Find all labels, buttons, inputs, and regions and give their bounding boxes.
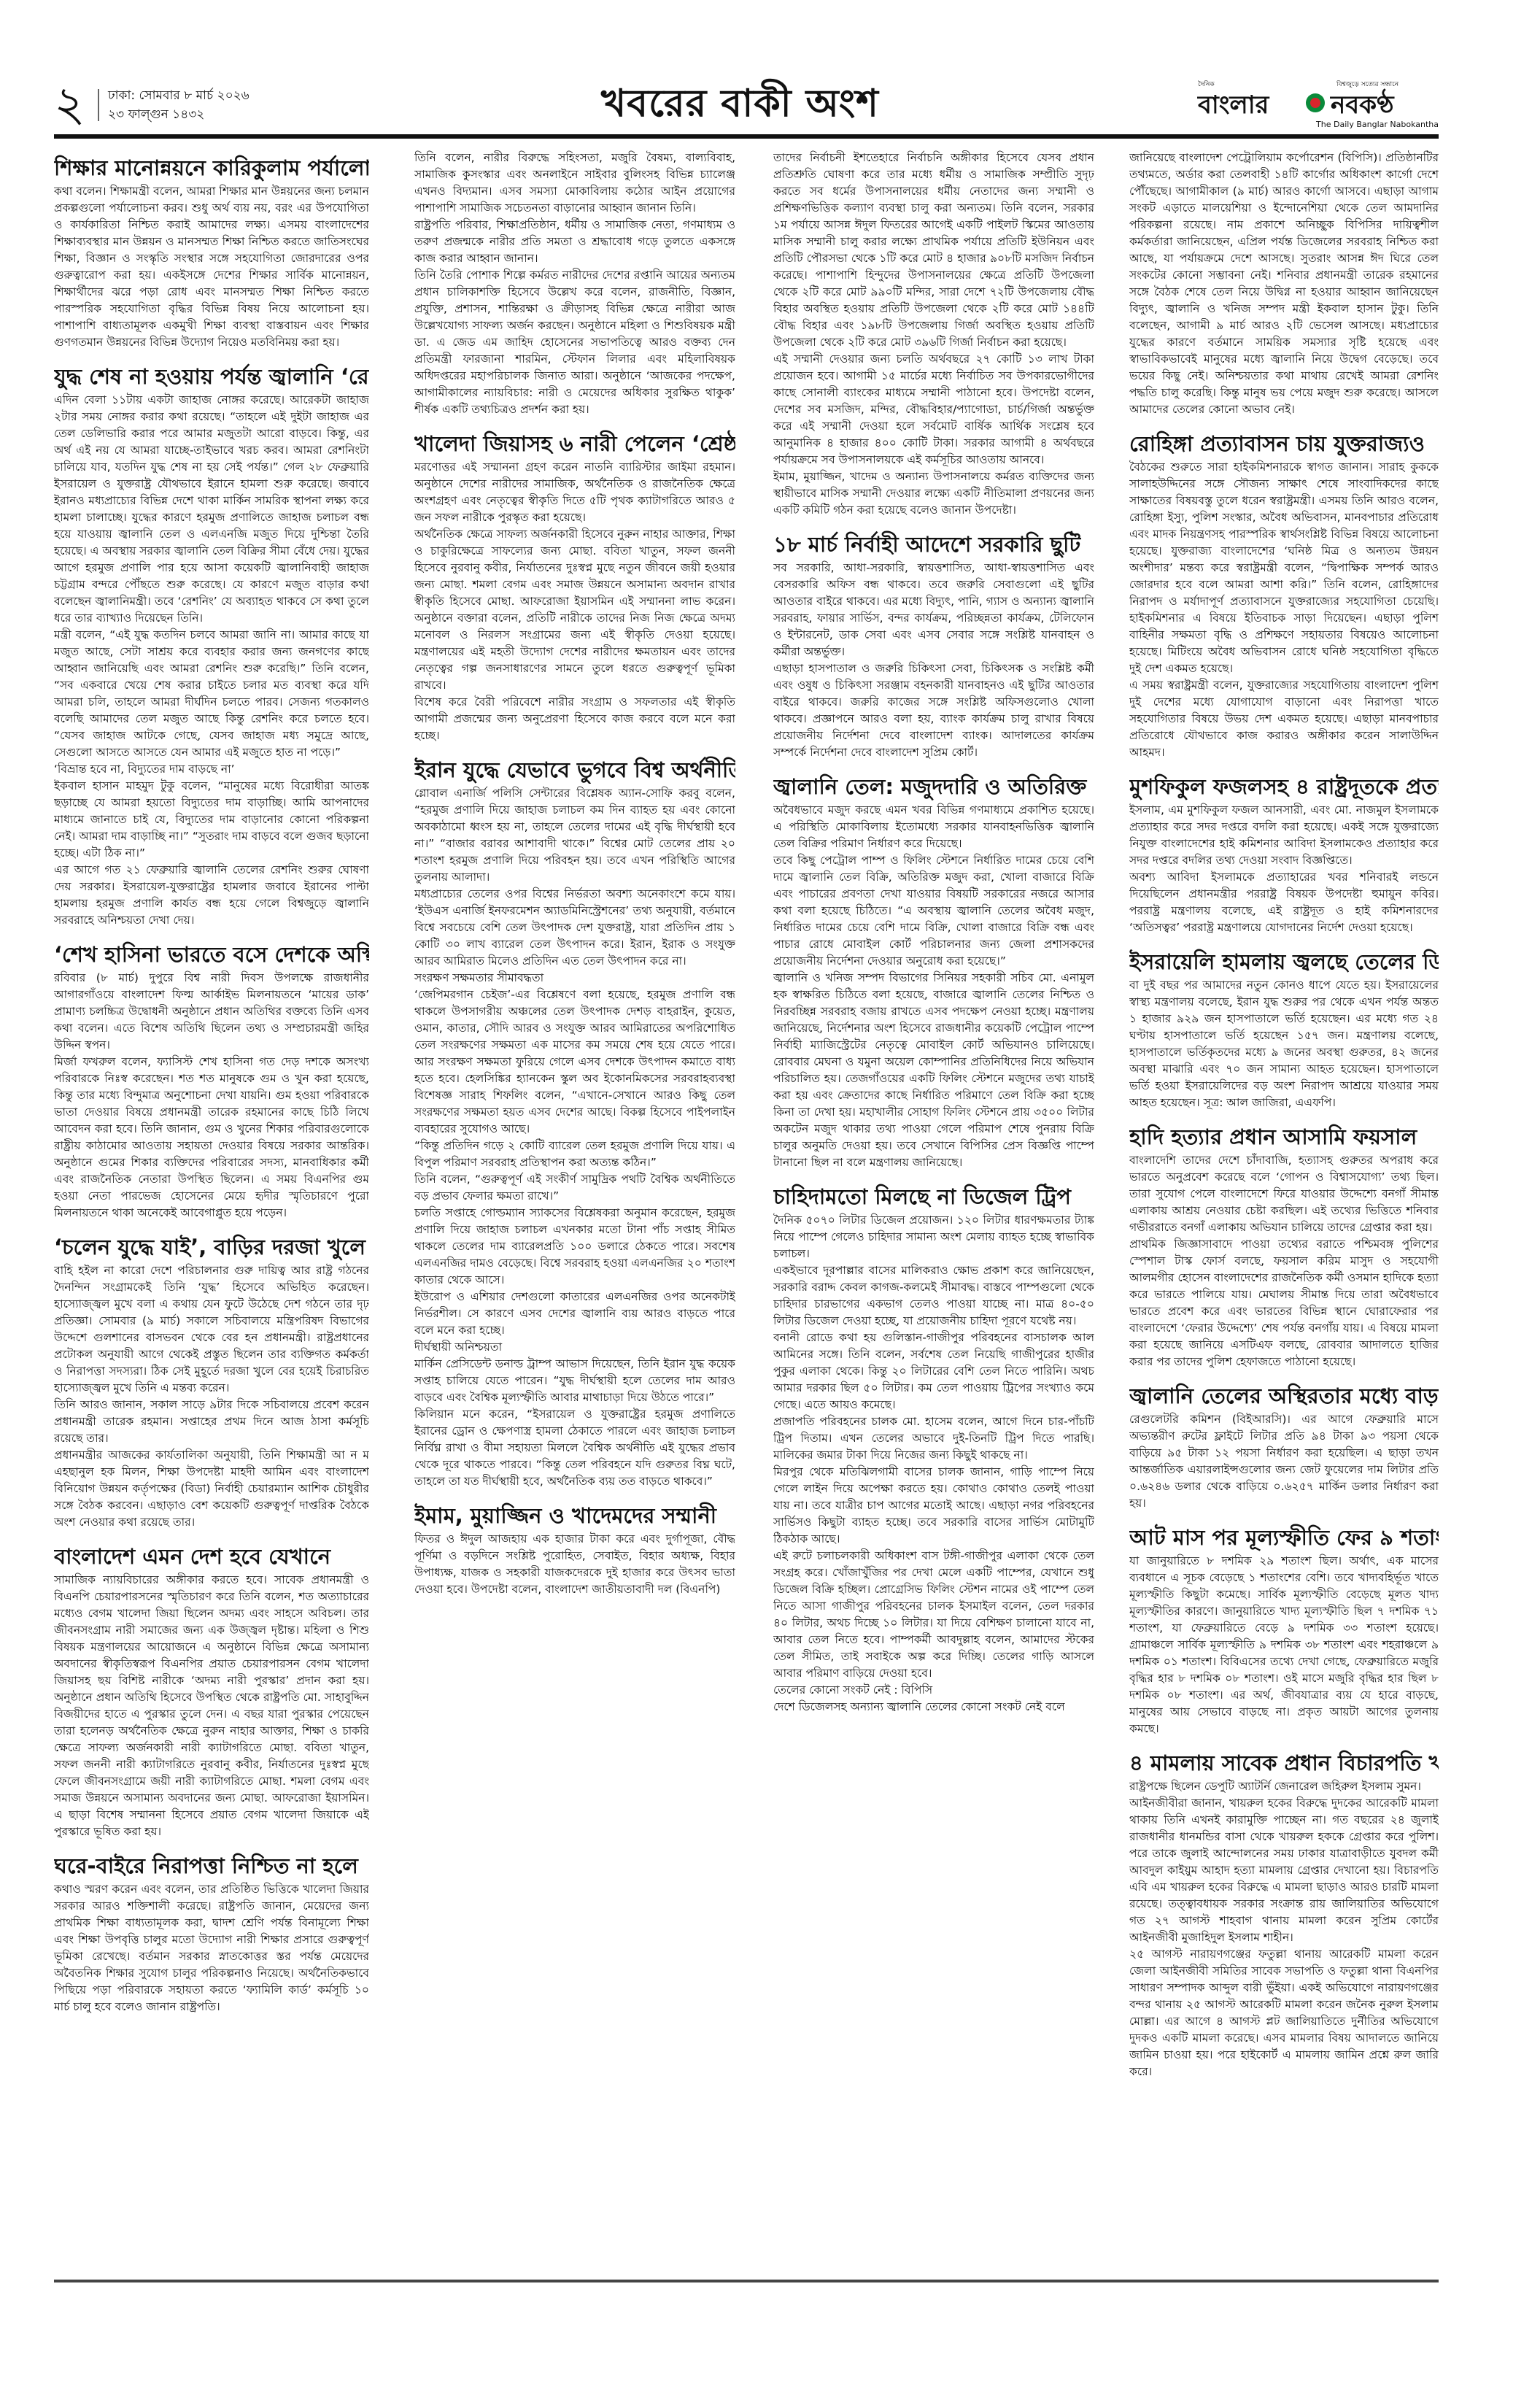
article-paragraph: প্রাথমিক জিজ্ঞাসাবাদে পাওয়া তথ্যের বরাত… (1129, 1236, 1439, 1370)
article-paragraph: দৈনিক ৫০৭০ লিটার ডিজেল প্রয়োজন। ১২০ লিট… (773, 1212, 1094, 1262)
article-paragraph: এ সময় স্বরাষ্ট্রমন্ত্রী বলেন, যুক্তরাজ্… (1129, 677, 1439, 761)
article-paragraph: এদিন বেলা ১১টায় একটা জাহাজ নোঙ্গর করেছে… (54, 392, 369, 627)
article-body: বাহি হইল না কারো দেশে পরিচালনার গুরু দায… (54, 1262, 369, 1531)
article-paragraph: বৈঠকের শুরুতে সারা হাইকমিশনারকে স্বাগত জ… (1129, 459, 1439, 677)
article-headline: খালেদা জিয়াসহ ৬ নারী পেলেন ‘শ্রেষ্ঠ অদম… (414, 430, 735, 458)
article-paragraph: ২৫ আগস্ট নারায়ণগঞ্জের ফতুল্লা থানায় আর… (1129, 1946, 1439, 2080)
header-rule (54, 134, 1439, 139)
article-body: অবৈধভাবে মজুদ করছে এমন খবর বিভিন্ন গণমাধ… (773, 802, 1094, 1171)
article-paragraph: প্রজাপতি পরিবহনের চালক মো. হাসেম বলেন, আ… (773, 1413, 1094, 1464)
column-2: তিনি বলেন, নারীর বিরুদ্ধে সহিংসতা, মজুরি… (414, 150, 735, 2273)
article-headline: ইসরায়েলি হামলায় জ্বলছে তেলের ডিপো (1129, 948, 1439, 976)
article-body: ইসলাম, এম মুশফিকুল ফজল আনসারী, এবং মো. ন… (1129, 802, 1439, 936)
logo-name-left: বাংলার (1198, 86, 1269, 128)
news-article: জ্বালানি তেলের অস্থিরতার মধ্যে বাড়ল জেট… (1129, 1382, 1439, 1512)
news-article: ইরান যুদ্ধে যেভাবে ভুগবে বিশ্ব অর্থনীতিগ… (414, 756, 735, 1490)
article-paragraph: দেশে ডিজেলসহ অন্যান্য জ্বালানি তেলের কোন… (773, 1699, 1094, 1716)
article-paragraph: রাষ্ট্রপক্ষে ছিলেন ডেপুটি অ্যাটর্নি জেনা… (1129, 1778, 1439, 1795)
article-body: তিনি বলেন, নারীর বিরুদ্ধে সহিংসতা, মজুরি… (414, 150, 735, 418)
news-article: চাহিদামতো মিলছে না ডিজেল ট্রিপদৈনিক ৫০৭০… (773, 1183, 1094, 1716)
article-headline: ইমাম, মুয়াজ্জিন ও খাদেমদের সম্মানী (414, 1502, 735, 1529)
article-headline: আট মাস পর মূল্যস্ফীতি ফের ৯ শতাংশের ঘরে (1129, 1524, 1439, 1551)
news-article: যুদ্ধ শেষ না হওয়ায় পর্যন্ত জ্বালানি ‘র… (54, 363, 369, 929)
article-paragraph: সংরক্ষণ সক্ষমতার সীমাবদ্ধতা (414, 970, 735, 987)
news-article: ৪ মামলায় সাবেক প্রধান বিচারপতি খায়রুলর… (1129, 1749, 1439, 2080)
news-article: ইসরায়েলি হামলায় জ্বলছে তেলের ডিপোবা দু… (1129, 948, 1439, 1111)
article-paragraph: বা দুই বছর পর আমাদের নতুন কোনও ধাপে যেতে… (1129, 977, 1439, 1111)
article-paragraph: কিলিয়ান মনে করেন, “ইসরায়েল ও যুক্তরাষ্… (414, 1406, 735, 1490)
section-title: খবরের বাকী অংশ (601, 80, 879, 127)
news-article: তিনি বলেন, নারীর বিরুদ্ধে সহিংসতা, মজুরি… (414, 150, 735, 418)
news-article: মুশফিকুল ফজলসহ ৪ রাষ্ট্রদূতকে প্রত্যাহার… (1129, 773, 1439, 936)
article-headline: ইরান যুদ্ধে যেভাবে ভুগবে বিশ্ব অর্থনীতি (414, 756, 735, 784)
article-headline: ৪ মামলায় সাবেক প্রধান বিচারপতি খায়রুল (1129, 1749, 1439, 1777)
page-number: ২ (54, 80, 85, 128)
article-paragraph: আইনজীবীরা জানান, খায়রুল হকের বিরুদ্ধে দ… (1129, 1795, 1439, 1946)
news-article: আট মাস পর মূল্যস্ফীতি ফের ৯ শতাংশের ঘরেয… (1129, 1524, 1439, 1737)
article-body: দৈনিক ৫০৭০ লিটার ডিজেল প্রয়োজন। ১২০ লিট… (773, 1212, 1094, 1716)
article-body: ফিতর ও ঈদুল আজহায় এক হাজার টাকা করে এবং… (414, 1531, 735, 1598)
logo-english-name: The Daily Banglar Nabokantha (1316, 120, 1439, 129)
article-paragraph: তিনি বলেন, নারীর বিরুদ্ধে সহিংসতা, মজুরি… (414, 150, 735, 217)
article-body: রেগুলেটরি কমিশন (বিইআরসি)। এর আগে ফেব্রু… (1129, 1411, 1439, 1512)
news-article: হাদি হত্যার প্রধান আসামি ফয়সালবাংলাদেশি… (1129, 1123, 1439, 1370)
article-paragraph: অবৈধভাবে মজুদ করছে এমন খবর বিভিন্ন গণমাধ… (773, 802, 1094, 852)
article-paragraph: ইকবাল হাসান মাহমুদ টুকু বলেন, “মানুষের ম… (54, 778, 369, 862)
article-paragraph: মন্ত্রী বলেন, “এই যুদ্ধ কতদিন চলবে আমরা … (54, 627, 369, 761)
article-headline: রোহিঙ্গা প্রত্যাবাসন চায় যুক্তরাজ্যও (1129, 430, 1439, 458)
column-3: তাদের নির্বাচনী ইশতেহারে নির্বাচনি অঙ্গী… (773, 150, 1094, 2273)
news-article: তাদের নির্বাচনী ইশতেহারে নির্বাচনি অঙ্গী… (773, 150, 1094, 519)
article-paragraph: ‘জেপিমরগান চেইজ’-এর বিশ্লেষণে বলা হয়েছে… (414, 987, 735, 1138)
column-1: শিক্ষার মানোন্নয়নে কারিকুলাম পর্যালোচনা… (54, 150, 369, 2273)
article-paragraph: মিরপুর থেকে মতিঝিলগামী বাসের চালক জানান,… (773, 1464, 1094, 1548)
article-body: রাষ্ট্রপক্ষে ছিলেন ডেপুটি অ্যাটর্নি জেনা… (1129, 1778, 1439, 2080)
article-paragraph: তাদের নির্বাচনী ইশতেহারে নির্বাচনি অঙ্গী… (773, 150, 1094, 351)
article-paragraph: তবে কিছু পেট্রোল পাম্প ও ফিলিং স্টেশনে ন… (773, 852, 1094, 970)
article-headline: মুশফিকুল ফজলসহ ৪ রাষ্ট্রদূতকে প্রত্যাহার (1129, 773, 1439, 800)
news-article: ঘরে-বাইরে নিরাপত্তা নিশ্চিত না হলেকথাও স… (54, 1852, 369, 2015)
article-paragraph: ইমাম, মুয়াজ্জিন, খাদেম ও অন্যান্য উপাসন… (773, 468, 1094, 519)
news-article: খালেদা জিয়াসহ ৬ নারী পেলেন ‘শ্রেষ্ঠ অদম… (414, 430, 735, 744)
article-paragraph: এই সম্মানী দেওয়ার জন্য চলতি অর্থবছরে ২৭… (773, 351, 1094, 468)
article-paragraph: এছাড়া হাসপাতাল ও জরুরি চিকিৎসা সেবা, চি… (773, 660, 1094, 761)
article-paragraph: রবিবার (৮ মার্চ) দুপুরে বিশ্ব নারী দিবস … (54, 970, 369, 1054)
article-paragraph: সামাজিক ন্যায়বিচারের অঙ্গীকার করতে হবে।… (54, 1572, 369, 1840)
article-paragraph: অবশ্য আবিদা ইসলামকে প্রত্যাহারের খবর শনি… (1129, 869, 1439, 936)
article-paragraph: গ্লোবাল এনার্জি পলিসি সেন্টারের বিশ্লেষক… (414, 785, 735, 886)
article-paragraph: বনানী রোডে কথা হয় গুলিস্তান-গাজীপুর পরি… (773, 1330, 1094, 1413)
date-divider (98, 89, 99, 121)
article-paragraph: রেগুলেটরি কমিশন (বিইআরসি)। এর আগে ফেব্রু… (1129, 1411, 1439, 1512)
article-paragraph: অর্থনৈতিক ক্ষেত্রে সাফল্য অর্জনকারী হিসে… (414, 526, 735, 694)
gregorian-date: ঢাকা: সোমবার ৮ মার্চ ২০২৬ (108, 86, 249, 105)
article-body: জানিয়েছে বাংলাদেশ পেট্রোলিয়াম কর্পোরেশ… (1129, 150, 1439, 418)
article-paragraph: এর আগে গত ২১ ফেব্রুয়ারি জ্বালানি তেলের … (54, 862, 369, 929)
article-body: সব সরকারি, আধা-সরকারি, স্বায়ত্তশাসিত, আ… (773, 560, 1094, 761)
article-paragraph: দীর্ঘস্থায়ী অনিশ্চয়তা (414, 1339, 735, 1356)
article-paragraph: “কিন্তু প্রতিদিন গড়ে ২ কোটি ব্যারেল তেল… (414, 1138, 735, 1171)
article-paragraph: এই রুটে চলাচলকারী অধিকাংশ বাস টঙ্গী-গাজী… (773, 1548, 1094, 1682)
article-paragraph: ‘বিভ্রান্ত হবে না, বিদ্যুতের দাম বাড়ছে … (54, 761, 369, 778)
article-paragraph: বাংলাদেশি তাদের দেশে চাঁদাবাজি, হত্যাসহ … (1129, 1152, 1439, 1236)
article-paragraph: একইভাবে দূরপাল্লার বাসের মালিকরাও ক্ষোভ … (773, 1262, 1094, 1330)
article-paragraph: মরণোত্তর এই সম্মাননা গ্রহণ করেন নাতনি ব্… (414, 459, 735, 526)
news-article: ‘চলেন যুদ্ধে যাই’, বাড়ির দরজা খুলেবাহি … (54, 1233, 369, 1531)
article-headline: চাহিদামতো মিলছে না ডিজেল ট্রিপ (773, 1183, 1094, 1211)
article-paragraph: তিনি তৈরি পোশাক শিল্পে কর্মরত নারীদের দে… (414, 267, 735, 418)
article-body: মরণোত্তর এই সম্মাননা গ্রহণ করেন নাতনি ব্… (414, 459, 735, 744)
article-body: কথা বলেন। শিক্ষামন্ত্রী বলেন, আমরা শিক্ষ… (54, 183, 369, 351)
article-paragraph: বাহি হইল না কারো দেশে পরিচালনার গুরু দায… (54, 1262, 369, 1397)
article-paragraph: প্রধানমন্ত্রীর আজকের কার্যতালিকা অনুযায়… (54, 1447, 369, 1531)
article-paragraph: ইউরোপ ও এশিয়ার দেশগুলো কাতারের এলএনজির … (414, 1289, 735, 1339)
news-article: ‘শেখ হাসিনা ভারতে বসে দেশকে অস্থিতিশীলরব… (54, 941, 369, 1222)
masthead: ২ ঢাকা: সোমবার ৮ মার্চ ২০২৬ ২৩ ফাল্গুন ১… (54, 80, 1439, 136)
article-paragraph: জানিয়েছে বাংলাদেশ পেট্রোলিয়াম কর্পোরেশ… (1129, 150, 1439, 418)
article-paragraph: মধ্যপ্রাচ্যের তেলের ওপর বিশ্বের নির্ভরতা… (414, 886, 735, 970)
newspaper-logo: দৈনিক বিশ্বজুড়ে সত্যের সন্ধানে বাংলার ন… (1198, 77, 1439, 136)
bengali-date: ২৩ ফাল্গুন ১৪৩২ (108, 105, 249, 124)
article-headline: শিক্ষার মানোন্নয়নে কারিকুলাম পর্যালোচনা… (54, 154, 369, 182)
article-paragraph: রাষ্ট্রপতি পরিবার, শিক্ষাপ্রতিষ্ঠান, ধর্… (414, 217, 735, 267)
article-paragraph: মির্জা ফখরুল বলেন, ফ্যাসিস্ট শেখ হাসিনা … (54, 1054, 369, 1222)
article-body: বা দুই বছর পর আমাদের নতুন কোনও ধাপে যেতে… (1129, 977, 1439, 1111)
article-body: এদিন বেলা ১১টায় একটা জাহাজ নোঙ্গর করেছে… (54, 392, 369, 929)
article-body: সামাজিক ন্যায়বিচারের অঙ্গীকার করতে হবে।… (54, 1572, 369, 1840)
article-headline: ঘরে-বাইরে নিরাপত্তা নিশ্চিত না হলে (54, 1852, 369, 1880)
footer-rule (54, 2280, 1439, 2282)
article-headline: ১৮ মার্চ নির্বাহী আদেশে সরকারি ছুটি (773, 530, 1094, 558)
article-paragraph: সব সরকারি, আধা-সরকারি, স্বায়ত্তশাসিত, আ… (773, 560, 1094, 660)
article-paragraph: ফিতর ও ঈদুল আজহায় এক হাজার টাকা করে এবং… (414, 1531, 735, 1598)
news-article: ১৮ মার্চ নির্বাহী আদেশে সরকারি ছুটিসব সর… (773, 530, 1094, 761)
article-headline: ‘চলেন যুদ্ধে যাই’, বাড়ির দরজা খুলে (54, 1233, 369, 1261)
article-body: বাংলাদেশি তাদের দেশে চাঁদাবাজি, হত্যাসহ … (1129, 1152, 1439, 1370)
article-paragraph: কথাও স্মরণ করেন এবং বলেন, তার প্রতিষ্ঠিত… (54, 1881, 369, 2015)
article-headline: জ্বালানি তেল: মজুদদারি ও অতিরিক্ত (773, 773, 1094, 800)
news-article: শিক্ষার মানোন্নয়নে কারিকুলাম পর্যালোচনা… (54, 154, 369, 351)
column-4: জানিয়েছে বাংলাদেশ পেট্রোলিয়াম কর্পোরেশ… (1129, 150, 1439, 2273)
flag-circle-icon (1306, 93, 1325, 112)
article-paragraph: তিনি আরও জানান, সকাল সাড়ে ৯টার দিকে সচি… (54, 1397, 369, 1447)
news-article: বাংলাদেশ এমন দেশ হবে যেখানেসামাজিক ন্যায… (54, 1543, 369, 1840)
article-paragraph: যা জানুয়ারিতে ৮ দশমিক ২৯ শতাংশ ছিল। অর্… (1129, 1553, 1439, 1737)
article-paragraph: চলতি সপ্তাহে গোল্ডম্যান স্যাকসের বিশ্লেষ… (414, 1205, 735, 1289)
news-article: রোহিঙ্গা প্রত্যাবাসন চায় যুক্তরাজ্যওবৈঠ… (1129, 430, 1439, 761)
article-body: রবিবার (৮ মার্চ) দুপুরে বিশ্ব নারী দিবস … (54, 970, 369, 1222)
article-body: গ্লোবাল এনার্জি পলিসি সেন্টারের বিশ্লেষক… (414, 785, 735, 1490)
article-paragraph: বিশেষ করে বৈরী পরিবেশে নারীর সংগ্রাম ও স… (414, 694, 735, 744)
article-body: বৈঠকের শুরুতে সারা হাইকমিশনারকে স্বাগত জ… (1129, 459, 1439, 761)
article-headline: বাংলাদেশ এমন দেশ হবে যেখানে (54, 1543, 369, 1570)
article-body: কথাও স্মরণ করেন এবং বলেন, তার প্রতিষ্ঠিত… (54, 1881, 369, 2015)
article-body: তাদের নির্বাচনী ইশতেহারে নির্বাচনি অঙ্গী… (773, 150, 1094, 519)
article-paragraph: তিনি বলেন, “গুরুত্বপূর্ণ এই সংকীর্ণ সামু… (414, 1171, 735, 1205)
date-block: ঢাকা: সোমবার ৮ মার্চ ২০২৬ ২৩ ফাল্গুন ১৪৩… (108, 86, 249, 124)
article-headline: হাদি হত্যার প্রধান আসামি ফয়সাল (1129, 1123, 1439, 1151)
article-paragraph: মার্কিন প্রেসিডেন্ট ডনাল্ড ট্রাম্প আভাস … (414, 1356, 735, 1406)
article-paragraph: জ্বালানি ও খনিজ সম্পদ বিভাগের সিনিয়র সহ… (773, 970, 1094, 1171)
article-paragraph: কথা বলেন। শিক্ষামন্ত্রী বলেন, আমরা শিক্ষ… (54, 183, 369, 351)
news-article: ইমাম, মুয়াজ্জিন ও খাদেমদের সম্মানীফিতর … (414, 1502, 735, 1598)
news-article: জ্বালানি তেল: মজুদদারি ও অতিরিক্তঅবৈধভাব… (773, 773, 1094, 1171)
article-headline: ‘শেখ হাসিনা ভারতে বসে দেশকে অস্থিতিশীল (54, 941, 369, 968)
article-paragraph: তেলের কোনো সংকট নেই : বিপিসি (773, 1682, 1094, 1699)
article-body: যা জানুয়ারিতে ৮ দশমিক ২৯ শতাংশ ছিল। অর্… (1129, 1553, 1439, 1737)
article-headline: জ্বালানি তেলের অস্থিরতার মধ্যে বাড়ল জেট (1129, 1382, 1439, 1410)
article-headline: যুদ্ধ শেষ না হওয়ায় পর্যন্ত জ্বালানি ‘র… (54, 363, 369, 390)
news-article: জানিয়েছে বাংলাদেশ পেট্রোলিয়াম কর্পোরেশ… (1129, 150, 1439, 418)
article-paragraph: ইসলাম, এম মুশফিকুল ফজল আনসারী, এবং মো. ন… (1129, 802, 1439, 869)
